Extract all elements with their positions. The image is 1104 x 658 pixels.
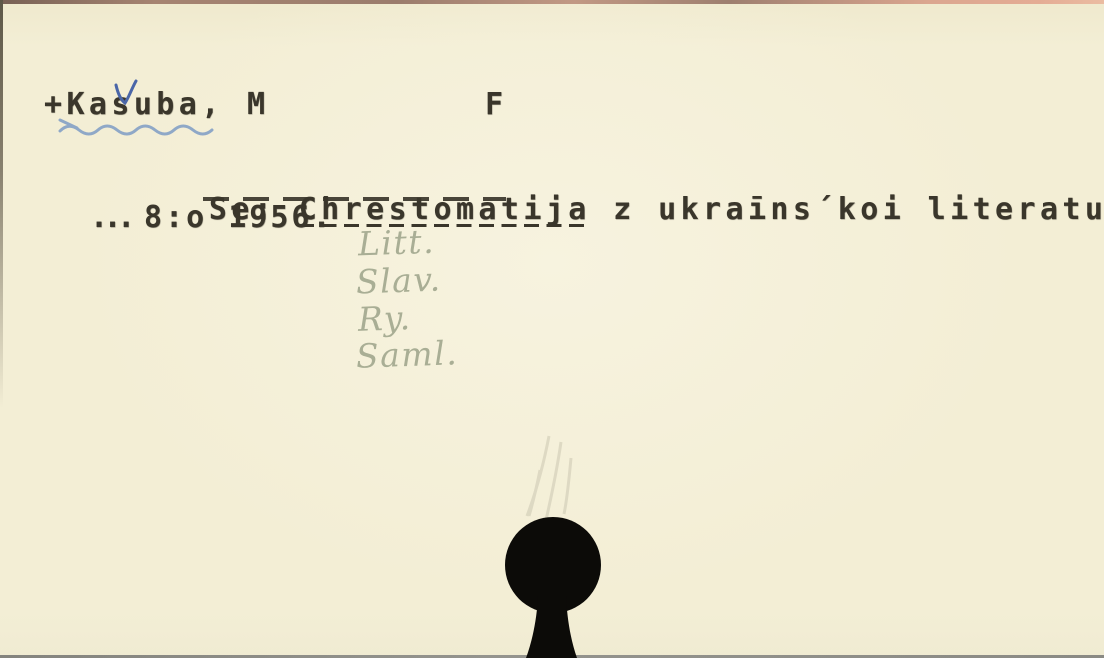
pencil-smudge bbox=[527, 436, 571, 520]
card-top-edge bbox=[0, 0, 1104, 4]
filing-letter: F bbox=[485, 90, 507, 120]
heading-initial: M bbox=[247, 90, 269, 120]
pencil-note-litt: Litt. bbox=[357, 225, 435, 262]
heading-entry: +Kasuba, bbox=[44, 90, 224, 120]
card-left-edge bbox=[0, 0, 3, 408]
hole-punch bbox=[505, 517, 601, 658]
typed-dash-row bbox=[203, 197, 506, 201]
wavy-underline bbox=[60, 120, 212, 134]
pencil-note-saml: Saml. bbox=[355, 336, 458, 374]
reference-suffix: z ukraīns´koi literaturi bbox=[591, 192, 1104, 227]
reference-ellipsis: ... bbox=[90, 203, 131, 233]
catalog-card: +Kasuba, M F Se: Chrestomatija z ukraīns… bbox=[0, 0, 1104, 658]
pencil-note-slav: Slav. bbox=[355, 263, 442, 300]
pencil-note-ry: Ry. bbox=[357, 301, 412, 337]
reference-size-year: 8:o 1956. bbox=[144, 203, 334, 233]
